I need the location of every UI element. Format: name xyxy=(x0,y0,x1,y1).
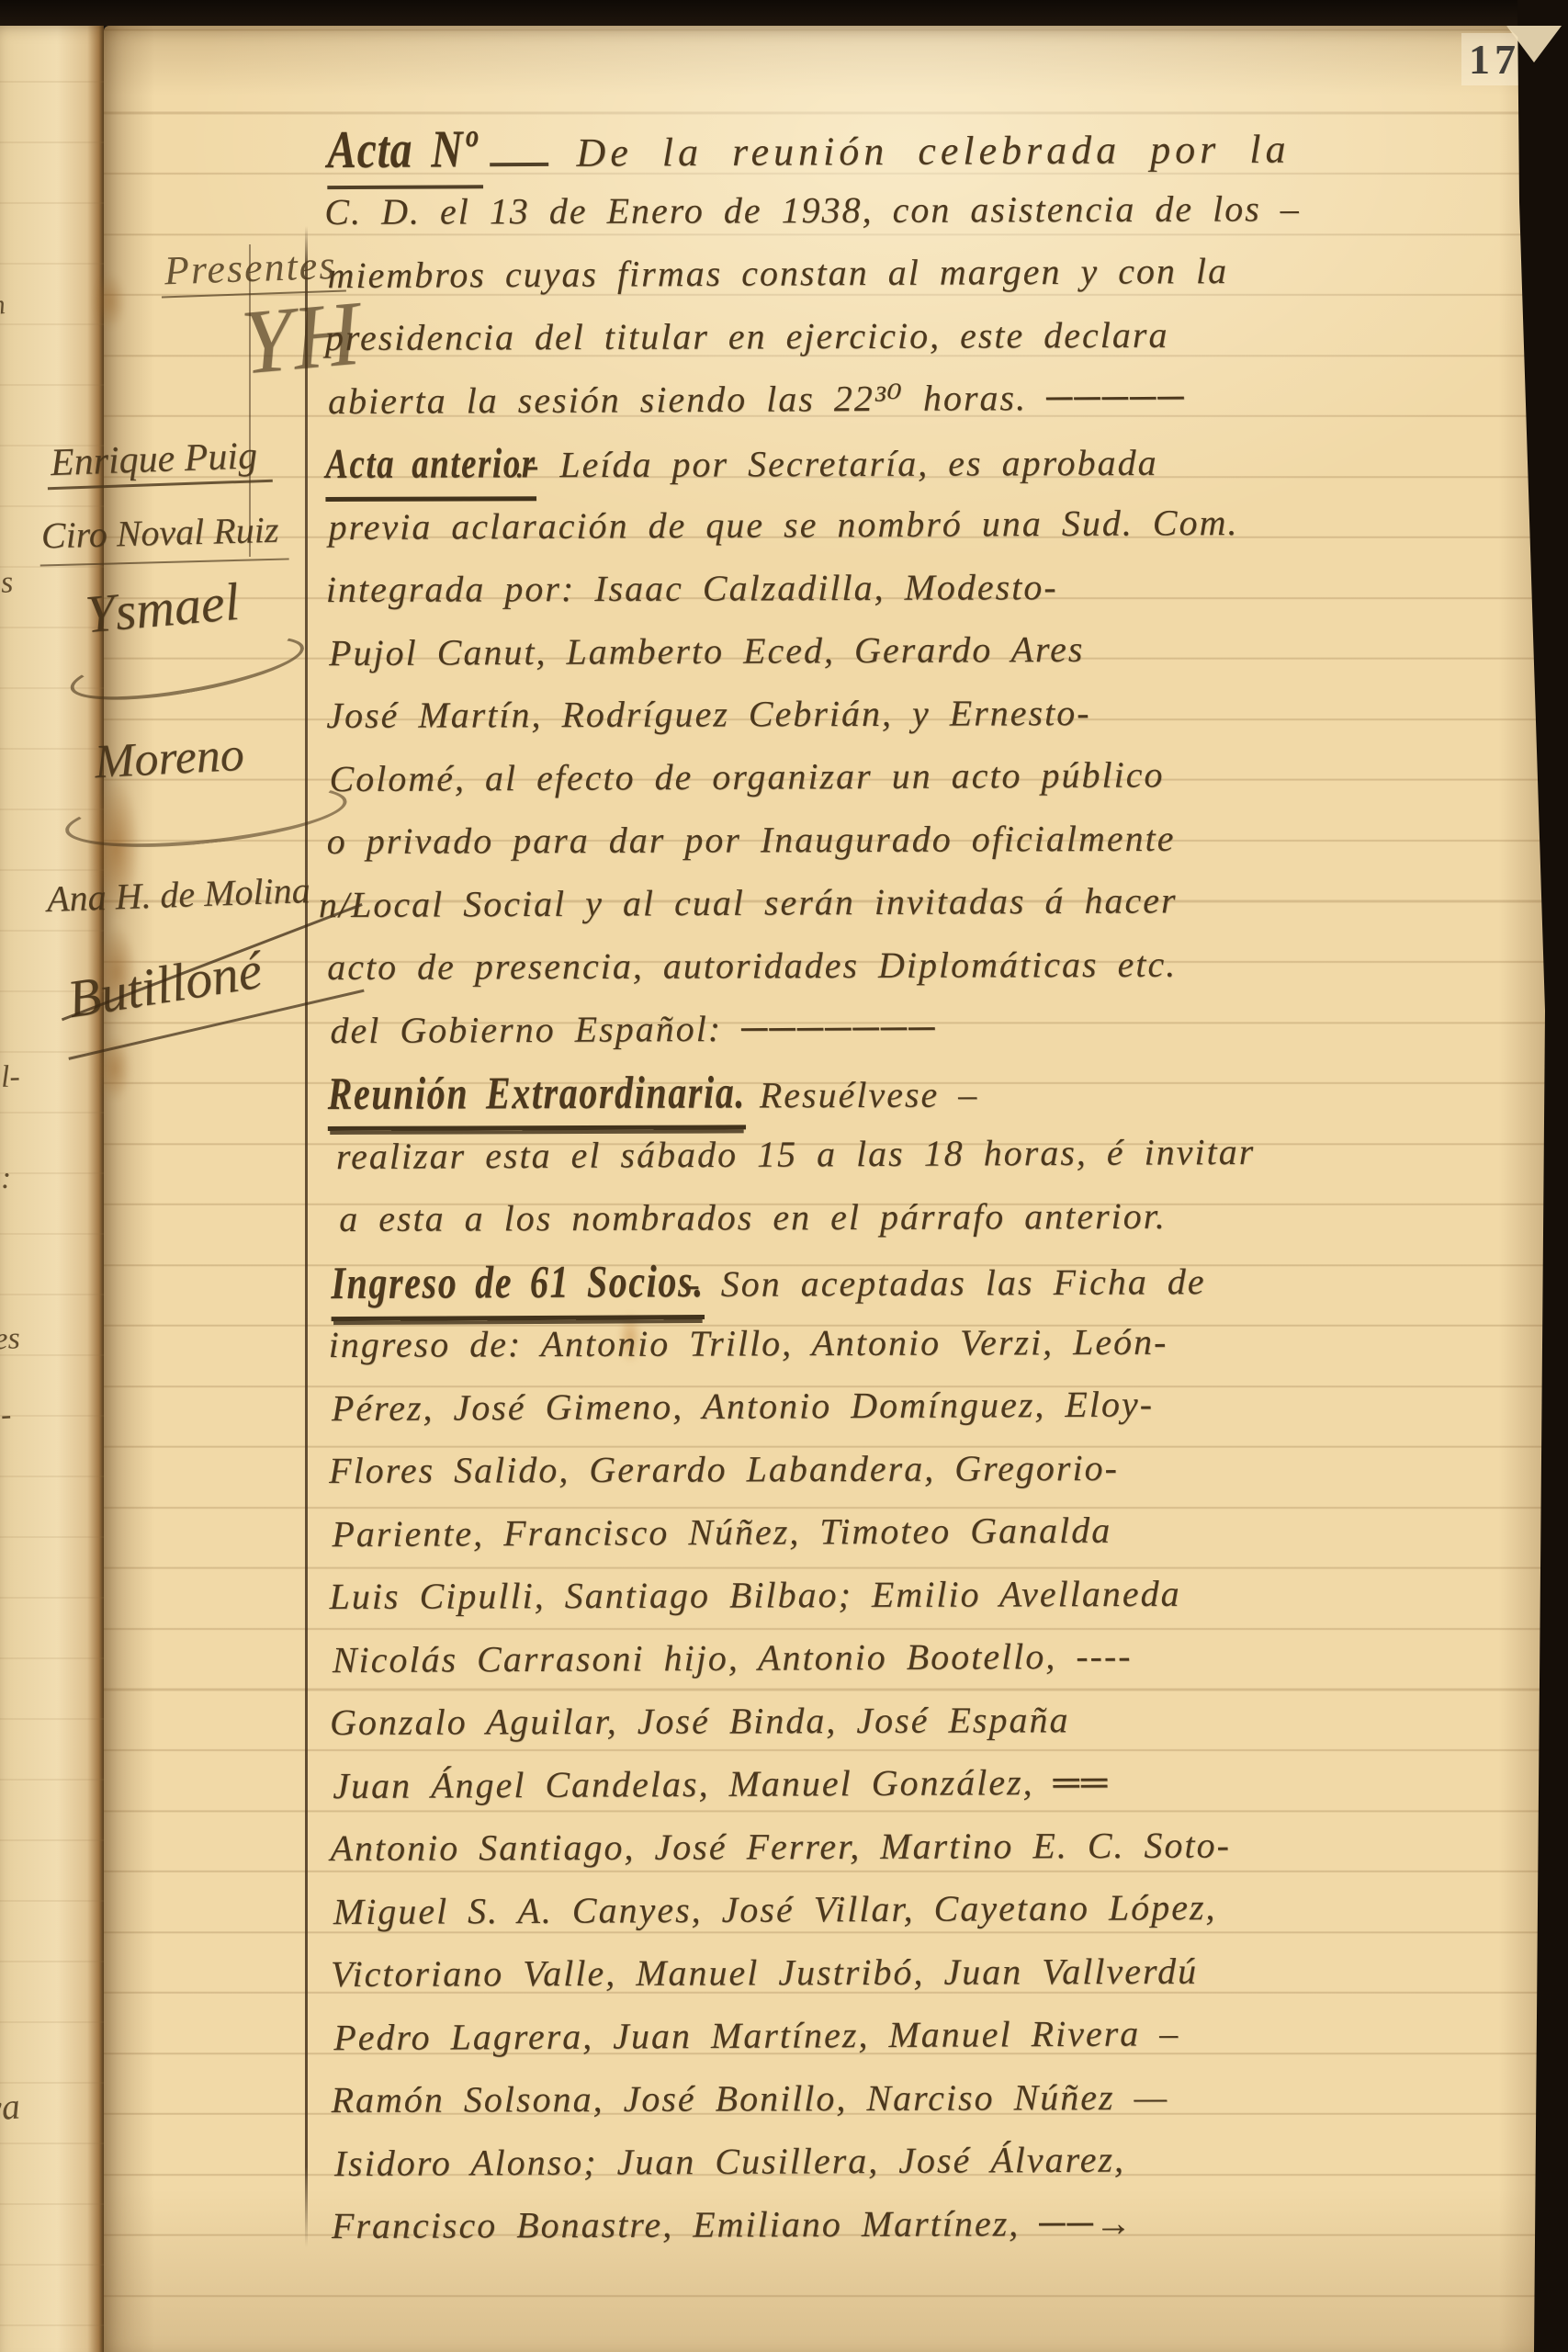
handwritten-text: Pérez, José Gimeno, Antonio Domínguez, E… xyxy=(332,1383,1154,1429)
handwritten-text: Reunión Extraordinaria. xyxy=(328,1060,747,1131)
body-line: Pedro Lagrera, Juan Martínez, Manuel Riv… xyxy=(333,2000,1560,2069)
signature: Enrique Puig xyxy=(46,434,273,491)
text-fragment: les xyxy=(0,1321,20,1357)
body-line: acto de presencia, autoridades Diplomáti… xyxy=(327,932,1553,999)
text-fragment: bl- xyxy=(0,1059,20,1095)
body-line: Francisco Bonastre, Emiliano Martínez, ─… xyxy=(332,2190,1558,2257)
signature: Moreno xyxy=(94,728,246,789)
handwritten-text: Colomé, al efecto de organizar un acto p… xyxy=(329,753,1164,799)
manuscript-photo: amiasbl-a:lesa-ya 173 Presentes YHEnriqu… xyxy=(0,0,1568,2352)
body-line: Ramón Solsona, José Bonillo, Narciso Núñ… xyxy=(331,2064,1557,2131)
body-line: miembros cuyas firmas constan al margen … xyxy=(327,238,1553,307)
text-fragment: a: xyxy=(0,1161,12,1196)
handwritten-text: previa aclaración de que se nombró una S… xyxy=(328,502,1238,548)
handwritten-text: Ramón Solsona, José Bonillo, Narciso Núñ… xyxy=(331,2075,1168,2120)
handwritten-text: De la reunión celebrada por la xyxy=(576,127,1290,175)
signature: Ana H. de Molina xyxy=(46,868,310,921)
body-line: presidencia del titular en ejercicio, es… xyxy=(325,302,1551,369)
handwritten-text: Pujol Canut, Lamberto Eced, Gerardo Ares xyxy=(329,628,1085,673)
body-line: a esta a los nombrados en el párrafo ant… xyxy=(339,1183,1554,1250)
body-line: previa aclaración de que se nombró una S… xyxy=(328,490,1554,559)
handwritten-text: Juan Ángel Candelas, Manuel González, ══ xyxy=(333,1761,1109,1806)
handwritten-text: Isidoro Alonso; Juan Cusillera, José Álv… xyxy=(334,2139,1125,2185)
body-line: Ingreso de 61 Socios.- Son aceptadas las… xyxy=(331,1245,1557,1314)
body-line: Reunión Extraordinaria. Resuélvese – xyxy=(328,1057,1554,1125)
photo-dark-edge-top xyxy=(0,0,1568,26)
body-line: Gonzalo Aguilar, José Binda, José España xyxy=(330,1687,1556,1754)
handwritten-text: Acta Nº xyxy=(327,118,483,188)
body-line: Flores Salido, Gerardo Labandera, Gregor… xyxy=(329,1435,1555,1502)
body-line: integrada por: Isaac Calzadilla, Modesto… xyxy=(326,554,1552,621)
handwritten-text: a esta a los nombrados en el párrafo ant… xyxy=(339,1194,1167,1238)
body-line: Pérez, José Gimeno, Antonio Domínguez, E… xyxy=(332,1371,1558,1440)
handwritten-text: ingreso de: Antonio Trillo, Antonio Verz… xyxy=(329,1320,1168,1364)
handwritten-text: Antonio Santiago, José Ferrer, Martino E… xyxy=(330,1824,1230,1868)
signature: Ciro Noval Ruiz xyxy=(39,507,288,566)
handwritten-text: Miguel S. A. Canyes, José Villar, Cayeta… xyxy=(333,1886,1217,1932)
handwritten-text: Pariente, Francisco Núñez, Timoteo Ganal… xyxy=(332,1510,1111,1555)
handwritten-text: o privado para dar por Inaugurado oficia… xyxy=(327,817,1176,861)
body-line: Colomé, al efecto de organizar un acto p… xyxy=(329,741,1555,810)
text-fragment: as xyxy=(0,565,14,602)
body-line: del Gobierno Español: ─────── xyxy=(330,993,1556,1062)
handwritten-text: C. D. el 13 de Enero de 1938, con asiste… xyxy=(324,187,1301,232)
stain xyxy=(95,274,126,329)
body-line: realizar esta el sábado 15 a las 18 hora… xyxy=(336,1119,1557,1188)
page: 173 Presentes YHEnrique PuigCiro Noval R… xyxy=(104,26,1557,2352)
handwritten-text: integrada por: Isaac Calzadilla, Modesto… xyxy=(326,566,1058,610)
body-line: Juan Ángel Candelas, Manuel González, ══ xyxy=(333,1748,1559,1817)
handwritten-text: José Martín, Rodríguez Cebrián, y Ernest… xyxy=(326,692,1090,736)
handwritten-text: Nicolás Carrasoni hijo, Antonio Bootello… xyxy=(333,1635,1133,1681)
body-line: o privado para dar por Inaugurado oficia… xyxy=(327,806,1553,873)
margin-rule xyxy=(305,226,308,2247)
body-line: Pariente, Francisco Núñez, Timoteo Ganal… xyxy=(332,1497,1558,1566)
previous-page-edge: amiasbl-a:lesa-ya xyxy=(0,22,104,2352)
handwritten-text: Luis Cipulli, Santiago Bilbao; Emilio Av… xyxy=(330,1572,1181,1616)
handwritten-text: abierta la sesión siendo las 22³⁰ horas.… xyxy=(328,376,1186,422)
handwritten-text: Victoriano Valle, Manuel Justribó, Juan … xyxy=(331,1950,1198,1994)
body-line: Victoriano Valle, Manuel Justribó, Juan … xyxy=(331,1939,1557,2006)
blank-underline xyxy=(490,120,548,166)
body-line: Luis Cipulli, Santiago Bilbao; Emilio Av… xyxy=(329,1561,1555,1628)
body-line: Miguel S. A. Canyes, José Villar, Cayeta… xyxy=(333,1874,1560,1943)
body-line: Acta NºDe la reunión celebrada por la xyxy=(327,112,1553,181)
body-line: n/Local Social y al cual serán invitadas… xyxy=(319,867,1556,937)
body-line: Antonio Santiago, José Ferrer, Martino E… xyxy=(330,1813,1556,1880)
body-line: Isidoro Alonso; Juan Cusillera, José Álv… xyxy=(334,2126,1561,2195)
handwritten-text: Flores Salido, Gerardo Labandera, Gregor… xyxy=(329,1446,1119,1490)
body-line: Pujol Canut, Lamberto Eced, Gerardo Ares xyxy=(329,616,1555,684)
text-fragment: ya xyxy=(0,2084,22,2130)
body-line: Acta anterior.- Leída por Secretaría, es… xyxy=(325,428,1551,495)
text-fragment: a- xyxy=(0,1397,12,1433)
handwritten-text: Acta anterior xyxy=(325,432,536,502)
minutes-body: Acta NºDe la reunión celebrada por laC. … xyxy=(324,113,1558,2257)
body-line: abierta la sesión siendo las 22³⁰ horas.… xyxy=(328,364,1554,433)
handwritten-text: Gonzalo Aguilar, José Binda, José España xyxy=(330,1699,1069,1743)
ruled-lines xyxy=(0,22,104,2352)
handwritten-text: del Gobierno Español: ─────── xyxy=(330,1007,936,1051)
handwritten-text: Pedro Lagrera, Juan Martínez, Manuel Riv… xyxy=(333,2012,1179,2058)
handwritten-text: - Son aceptadas las Ficha de xyxy=(687,1261,1205,1305)
handwritten-text: Francisco Bonastre, Emiliano Martínez, ─… xyxy=(332,2201,1134,2245)
body-line: José Martín, Rodríguez Cebrián, y Ernest… xyxy=(326,680,1552,747)
handwritten-text: presidencia del titular en ejercicio, es… xyxy=(325,313,1169,357)
body-line: Nicolás Carrasoni hijo, Antonio Bootello… xyxy=(333,1623,1559,1691)
handwritten-text: acto de presencia, autoridades Diplomáti… xyxy=(327,943,1177,987)
handwritten-text: .- Leída por Secretaría, es aprobada xyxy=(515,441,1158,484)
handwritten-text: realizar esta el sábado 15 a las 18 hora… xyxy=(336,1131,1256,1177)
handwritten-text: Ingreso de 61 Socios. xyxy=(331,1249,705,1321)
handwritten-text: Resuélvese – xyxy=(740,1073,979,1115)
body-line: C. D. el 13 de Enero de 1938, con asiste… xyxy=(324,176,1551,243)
handwritten-text: n/Local Social y al cual serán invitadas… xyxy=(319,879,1178,925)
signature: Ysmael xyxy=(83,571,242,645)
handwritten-text: miembros cuyas firmas constan al margen … xyxy=(327,250,1228,296)
